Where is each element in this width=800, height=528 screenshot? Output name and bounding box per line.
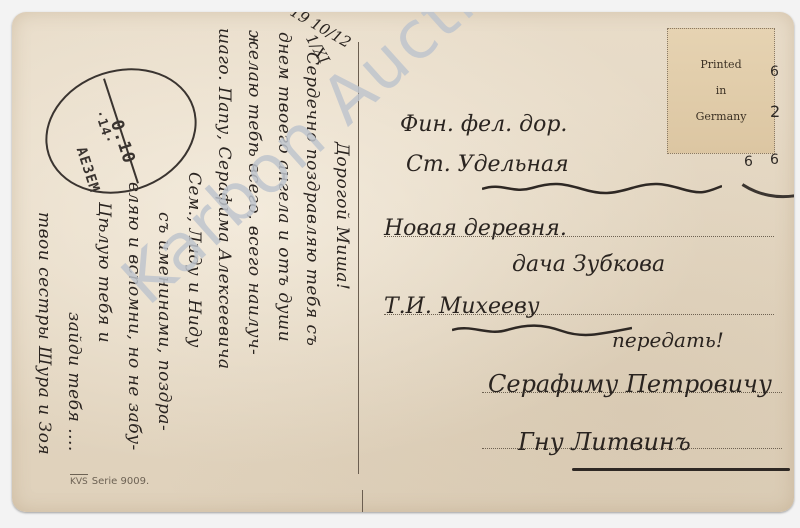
postmark-digit: 2 (770, 102, 780, 121)
address-line-3: Новая деревня. (384, 216, 567, 241)
message-line: зайди тебя .... (64, 312, 84, 452)
stamp-text-printed: Printed (700, 52, 741, 78)
message-line: Дорогой Миша! (332, 142, 352, 290)
message-line: шаго. Папу, Серафима Алексеевича (214, 28, 234, 370)
address-line-8: Гну Литвинъ (518, 428, 691, 456)
publisher-mark: KVS Serie 9009. (70, 474, 149, 487)
message-line: днем твоего ангела и отъ души (274, 32, 294, 342)
center-divider (358, 42, 359, 474)
postmark-digit: 6 (770, 64, 779, 80)
message-line: съ именинами, поздра- (154, 212, 174, 431)
address-underline (572, 468, 790, 471)
message-line: твои сестры Шура и Зоя (34, 212, 54, 455)
message-line: желаю тебѣ всего, всего наилуч- (244, 30, 264, 355)
address-line-7: Серафиму Петровичу (488, 370, 772, 398)
publisher-logo: KVS (70, 474, 88, 487)
address-line-4: дача Зубкова (512, 252, 665, 277)
address-underline-squiggle (482, 180, 722, 196)
address-line-1: Фин. фел. дор. (400, 112, 567, 137)
message-line: Сем., Лиду и Ниду (184, 172, 204, 348)
postmark-digit: 6 (744, 154, 753, 170)
message-line: Цѣлую тебя и (94, 202, 114, 343)
postcard-back: Дорогой Миша! Сердечно поздравляю тебя с… (12, 12, 794, 512)
address-underline-squiggle (452, 322, 632, 338)
message-line: вляю и вспомни, но не забу- (124, 182, 144, 451)
address-line-5: Т.И. Михееву (384, 294, 540, 319)
address-line-6: передать! (612, 328, 724, 352)
series-number: Serie 9009. (92, 476, 149, 487)
message-line: Сердечно поздравляю тебя съ (302, 52, 322, 346)
postmark-digit: 6 (770, 152, 779, 168)
address-line-2: Ст. Удельная (406, 152, 569, 177)
center-divider-lower (362, 490, 363, 512)
